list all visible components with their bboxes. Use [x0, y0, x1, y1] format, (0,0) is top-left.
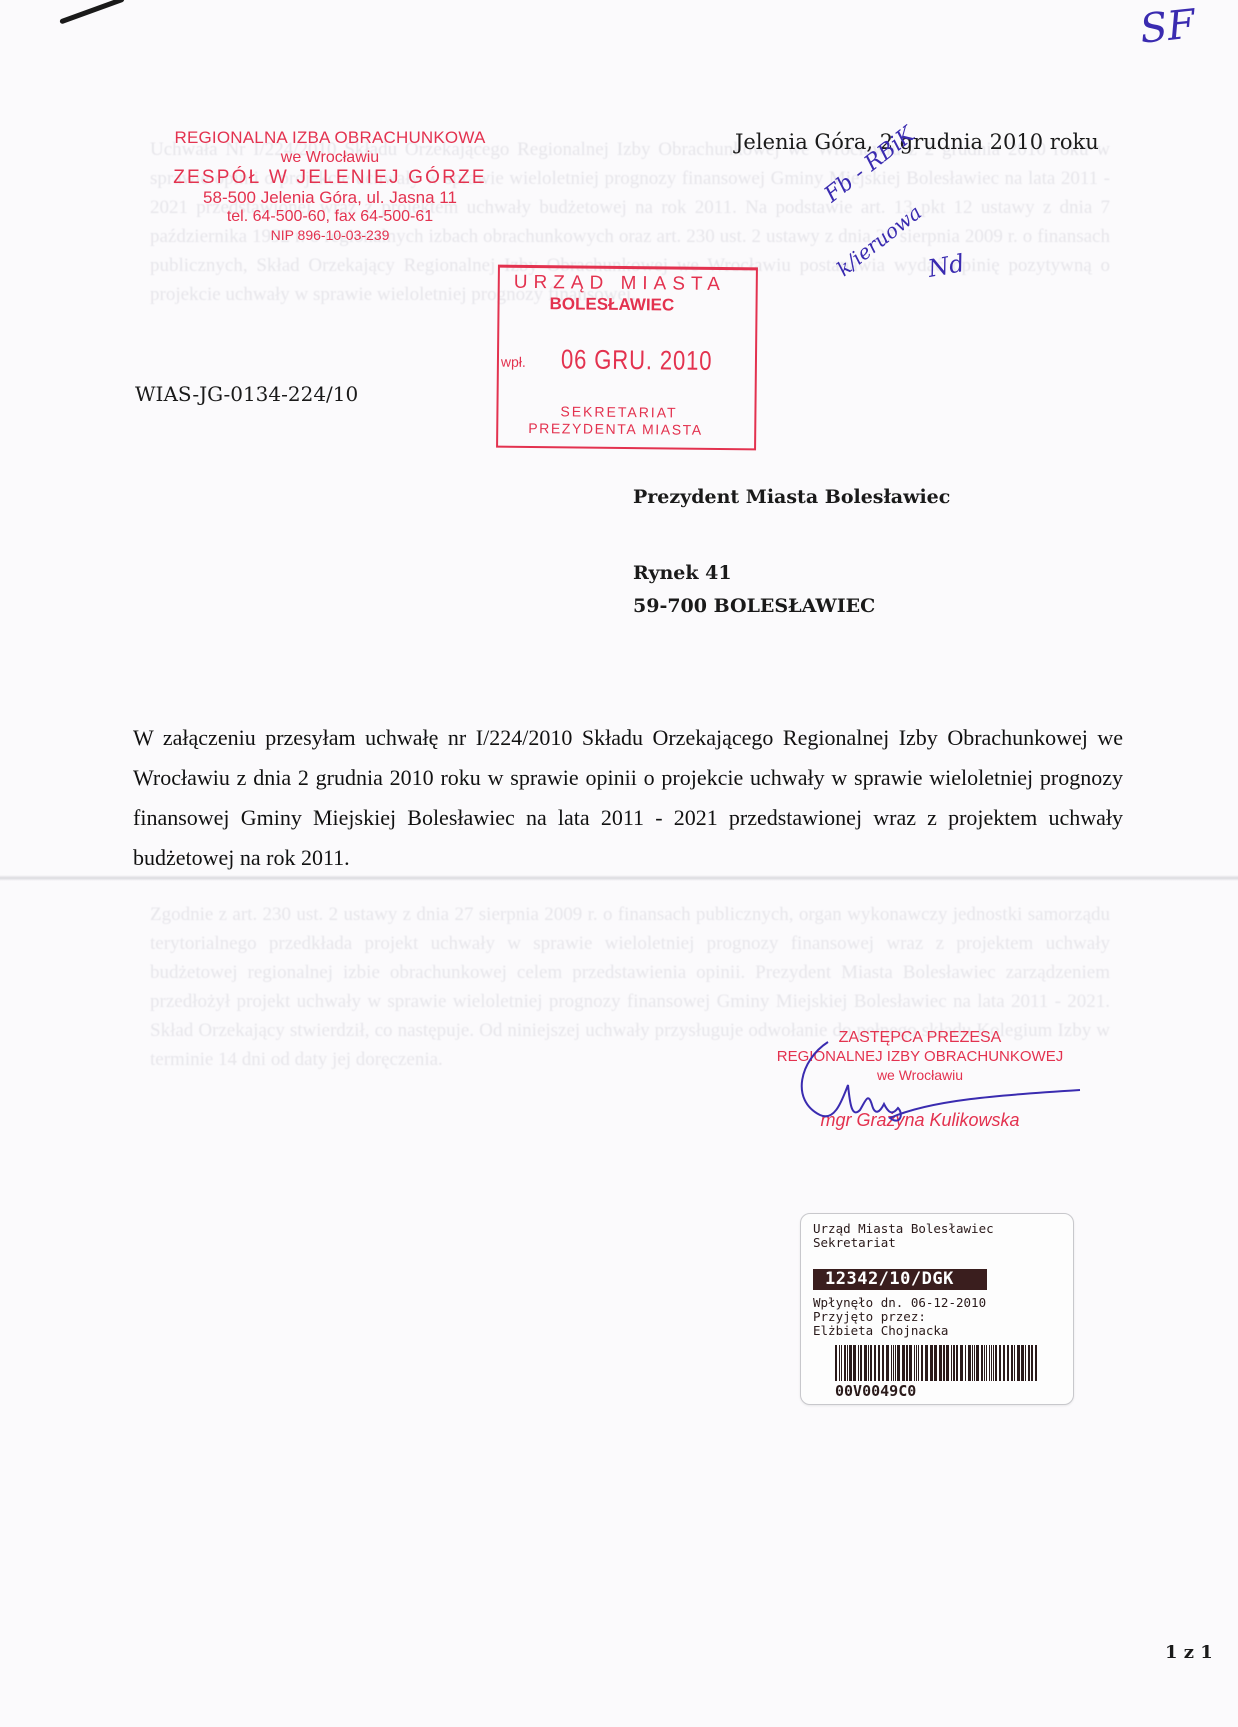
label-accepted-by: Elżbieta Chojnacka [813, 1324, 948, 1338]
handwritten-corner-mark: SF [1138, 1, 1198, 53]
receipt-stamp: URZĄD MIASTA BOLESŁAWIEC wpł. 06 GRU. 20… [496, 265, 758, 451]
receipt-stamp-title: URZĄD MIASTA [514, 272, 726, 296]
label-department: Sekretariat [813, 1236, 896, 1250]
label-received-date: Wpłynęło dn. 06-12-2010 [813, 1296, 986, 1310]
receipt-stamp-date: 06 GRU. 2010 [561, 344, 713, 377]
receipt-stamp-dept1: SEKRETARIAT [560, 403, 677, 420]
receipt-stamp-city: BOLESŁAWIEC [549, 294, 674, 315]
label-case-number: 12342/10/DGK [813, 1269, 987, 1290]
registration-label: Urząd Miasta Bolesławiec Sekretariat 123… [800, 1213, 1074, 1405]
addressee-name: Prezydent Miasta Bolesławiec [633, 486, 950, 508]
handwritten-note-line2: k/ieruowa [832, 200, 926, 281]
sender-stamp-unit: ZESPÓŁ W JELENIEJ GÓRZE [160, 167, 500, 188]
sender-stamp-nip: NIP 896-10-03-239 [160, 226, 500, 244]
handwritten-signature-icon [780, 1030, 1100, 1140]
label-office: Urząd Miasta Bolesławiec [813, 1222, 994, 1236]
letter-body: W załączeniu przesyłam uchwałę nr I/224/… [133, 718, 1123, 878]
sender-stamp-city: we Wrocławiu [160, 148, 500, 167]
page-counter: 1 z 1 [1165, 1642, 1213, 1663]
handwritten-initials: Nd [926, 249, 967, 283]
barcode-icon [835, 1345, 1045, 1381]
sender-stamp-org: REGIONALNA IZBA OBRACHUNKOWA [160, 128, 500, 148]
sender-stamp-phone: tel. 64-500-60, fax 64-500-61 [160, 207, 500, 226]
label-barcode-text: 00V0049C0 [835, 1382, 916, 1400]
pen-scratch-mark [59, 0, 125, 24]
addressee-street: Rynek 41 [633, 562, 732, 584]
sender-stamp: REGIONALNA IZBA OBRACHUNKOWA we Wrocławi… [160, 128, 500, 244]
sender-stamp-address: 58-500 Jelenia Góra, ul. Jasna 11 [160, 188, 500, 207]
reference-number: WIAS-JG-0134-224/10 [135, 382, 358, 406]
receipt-stamp-dept2: PREZYDENTA MIASTA [528, 420, 703, 438]
addressee-city: 59-700 BOLESŁAWIEC [633, 595, 875, 617]
label-accepted-by-label: Przyjęto przez: [813, 1310, 926, 1324]
paper-fold-line [0, 875, 1238, 881]
receipt-stamp-label: wpł. [501, 354, 526, 370]
